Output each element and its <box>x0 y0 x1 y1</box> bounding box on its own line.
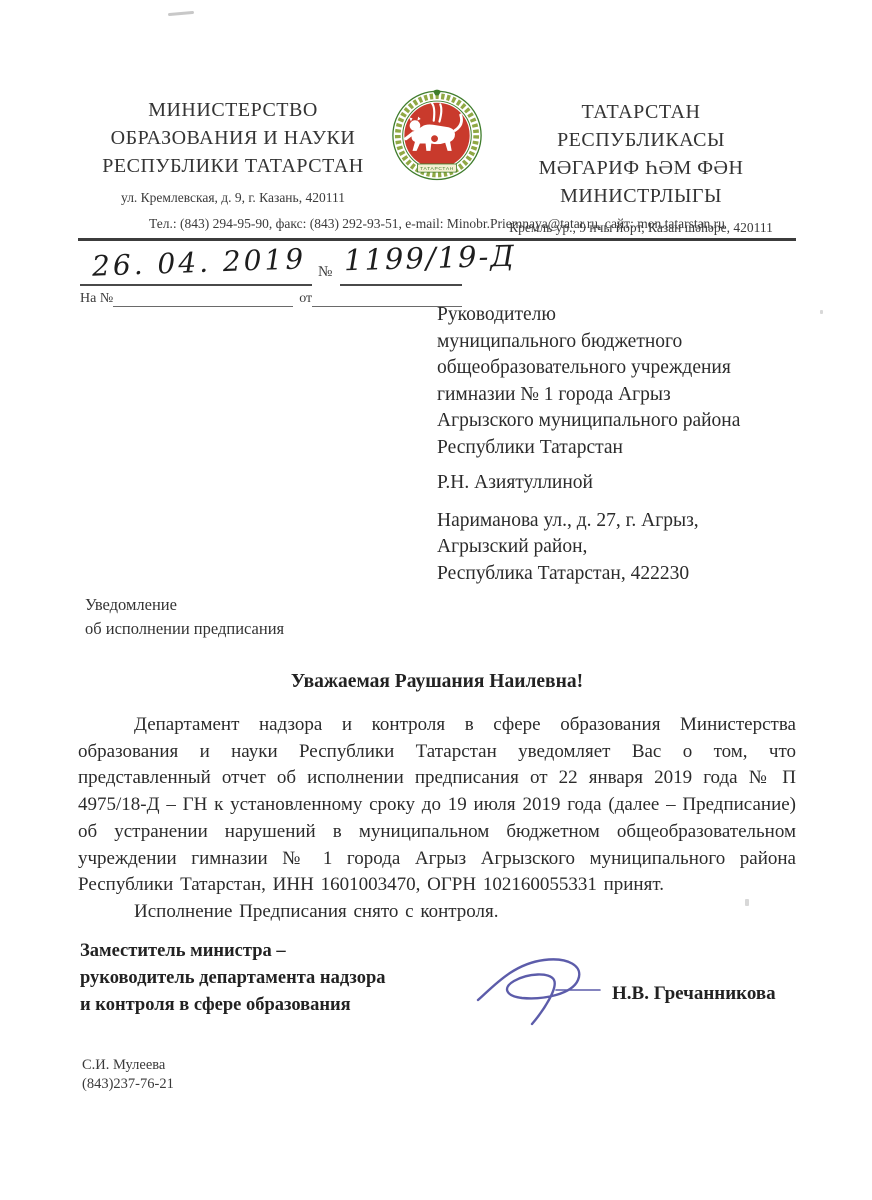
body-paragraph: Департамент надзора и контроля в сфере о… <box>78 712 796 899</box>
handwritten-signature <box>472 948 622 1028</box>
emblem-banner-label: ТАТАРСТАН <box>420 166 454 172</box>
number-underline <box>340 284 462 286</box>
ministry-title-line: ТАТАРСТАН РЕСПУБЛИКАСЫ <box>498 98 784 154</box>
tatarstan-coat-of-arms-icon: ТАТАРСТАН <box>388 88 486 186</box>
scan-artifact <box>820 310 823 314</box>
letter-body: Департамент надзора и контроля в сфере о… <box>78 712 796 926</box>
scanned-letter-page: МИНИСТЕРСТВО ОБРАЗОВАНИЯ И НАУКИ РЕСПУБЛ… <box>0 0 872 1200</box>
subject-line: Уведомление <box>85 593 284 617</box>
reply-label: На № <box>80 291 113 306</box>
recipient-line: Агрызского муниципального района <box>437 408 797 435</box>
ministry-title-line: РЕСПУБЛИКИ ТАТАРСТАН <box>92 152 374 180</box>
reply-from-label: от <box>299 291 312 306</box>
recipient-line: Республики Татарстан <box>437 435 797 462</box>
signer-position: Заместитель министра – руководитель депа… <box>80 938 386 1019</box>
body-paragraph: Исполнение Предписания снято с контроля. <box>78 899 796 926</box>
recipient-address-line: Нариманова ул., д. 27, г. Агрыз, <box>437 508 797 535</box>
number-sign: № <box>318 264 332 281</box>
subject-line: об исполнении предписания <box>85 617 284 641</box>
recipient-line: гимназии № 1 города Агрыз <box>437 382 797 409</box>
ministry-title-line: МИНИСТЕРСТВО <box>92 96 374 124</box>
recipient-address-line: Агрызский район, <box>437 534 797 561</box>
signer-position-line: и контроля в сфере образования <box>80 992 386 1019</box>
recipient-line: муниципального бюджетного <box>437 329 797 356</box>
reply-reference-row: На №от <box>80 291 462 307</box>
executor-name: С.И. Мулеева <box>82 1056 174 1075</box>
scan-artifact <box>168 11 194 16</box>
ministry-title-line: МӘГАРИФ ҺӘМ ФӘН <box>498 154 784 182</box>
ministry-title-line: ОБРАЗОВАНИЯ И НАУКИ <box>92 124 374 152</box>
recipient-block: Руководителю муниципального бюджетного о… <box>437 302 797 587</box>
recipient-name: Р.Н. Азиятуллиной <box>437 470 797 497</box>
signer-name: Н.В. Гречанникова <box>612 983 776 1005</box>
executor-phone: (843)237-76-21 <box>82 1075 174 1094</box>
ministry-address-ru: ул. Кремлевская, д. 9, г. Казань, 420111 <box>92 190 374 206</box>
handwritten-date: 26. 04. 2019 <box>91 242 306 282</box>
subject-block: Уведомление об исполнении предписания <box>85 593 284 641</box>
handwritten-number: 1199/19-Д <box>344 239 517 277</box>
executor-block: С.И. Мулеева (843)237-76-21 <box>82 1056 174 1094</box>
signer-position-line: Заместитель министра – <box>80 938 386 965</box>
salutation: Уважаемая Раушания Наилевна! <box>78 671 796 693</box>
ministry-title-line: МИНИСТРЛЫГЫ <box>498 182 784 210</box>
recipient-line: Руководителю <box>437 302 797 329</box>
ministry-header-ru: МИНИСТЕРСТВО ОБРАЗОВАНИЯ И НАУКИ РЕСПУБЛ… <box>92 96 374 206</box>
recipient-address-line: Республика Татарстан, 422230 <box>437 561 797 588</box>
date-underline <box>80 284 312 286</box>
recipient-address: Нариманова ул., д. 27, г. Агрыз, Агрызск… <box>437 508 797 588</box>
recipient-line: общеобразовательного учреждения <box>437 355 797 382</box>
reply-number-blank <box>113 292 293 307</box>
contacts-line: Тел.: (843) 294-95-90, факс: (843) 292-9… <box>78 216 796 232</box>
signer-position-line: руководитель департамента надзора <box>80 965 386 992</box>
